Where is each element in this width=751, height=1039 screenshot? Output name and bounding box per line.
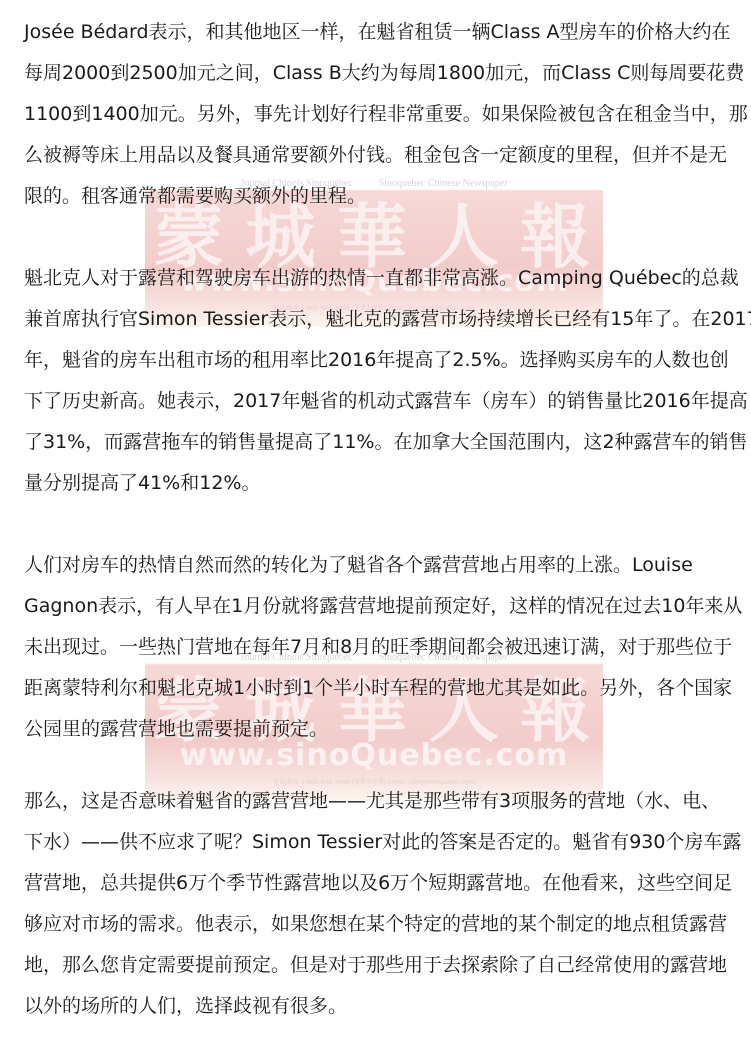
paragraph-campsite-occupancy: 人们对房车的热情自然而然的转化为了魁省各个露营营地占用率的上涨。Louise G… xyxy=(24,545,729,750)
text-line: 每周2000到2500加元之间，Class B大约为每周1800加元，而Clas… xyxy=(24,53,729,94)
text-line: 量分别提高了41%和12%。 xyxy=(24,463,729,504)
text-line: 了31%，而露营拖车的销售量提高了11%。在加拿大全国范围内，这2种露营车的销售 xyxy=(24,422,729,463)
text-line: 么被褥等床上用品以及餐具通常要额外付钱。租金包含一定额度的里程，但并不是无 xyxy=(24,135,729,176)
text-line: 1100到1400加元。另外，事先计划好行程非常重要。如果保险被包含在租金当中，… xyxy=(24,94,729,135)
text-line: 地，那么您肯定需要提前预定。但是对于那些用于去探索除了自己经常使用的露营地 xyxy=(24,945,729,986)
text-line: 魁北克人对于露营和驾驶房车出游的热情一直都非常高涨。Camping Québec… xyxy=(24,258,729,299)
text-line: 营营地，总共提供6万个季节性露营地以及6万个短期露营地。在他看来，这些空间足 xyxy=(24,863,729,904)
text-line: 兼首席执行官Simon Tessier表示，魁北克的露营市场持续增长已经有15年… xyxy=(24,299,729,340)
paragraph-rental-prices: Josée Bédard表示，和其他地区一样，在魁省租赁一辆Class A型房车… xyxy=(24,12,729,217)
text-line: 够应对市场的需求。他表示，如果您想在某个特定的营地的某个制定的地点租赁露营 xyxy=(24,904,729,945)
text-line: 以外的场所的人们，选择歧视有很多。 xyxy=(24,986,729,1027)
text-line: 年，魁省的房车出租市场的租用率比2016年提高了2.5%。选择购买房车的人数也创 xyxy=(24,340,729,381)
text-line: 限的。租客通常都需要购买额外的里程。 xyxy=(24,176,729,217)
text-line: 人们对房车的热情自然而然的转化为了魁省各个露营营地占用率的上涨。Louise xyxy=(24,545,729,586)
paragraph-supply-demand: 那么，这是否意味着魁省的露营营地——尤其是那些带有3项服务的营地（水、电、 下水… xyxy=(24,781,729,1027)
text-line: 未出现过。一些热门营地在每年7月和8月的旺季期间都会被迅速订满，对于那些位于 xyxy=(24,627,729,668)
text-line: 公园里的露营营地也需要提前预定。 xyxy=(24,709,729,750)
text-line: 下了历史新高。她表示，2017年魁省的机动式露营车（房车）的销售量比2016年提… xyxy=(24,381,729,422)
text-line: 距离蒙特利尔和魁北克城1小时到1个半小时车程的营地尤其是如此。另外，各个国家 xyxy=(24,668,729,709)
text-line: 下水）——供不应求了呢？Simon Tessier对此的答案是否定的。魁省有93… xyxy=(24,822,729,863)
text-line: Gagnon表示，有人早在1月份就将露营营地提前预定好，这样的情况在过去10年来… xyxy=(24,586,729,627)
text-line: Josée Bédard表示，和其他地区一样，在魁省租赁一辆Class A型房车… xyxy=(24,12,729,53)
paragraph-camping-growth: 魁北克人对于露营和驾驶房车出游的热情一直都非常高涨。Camping Québec… xyxy=(24,258,729,504)
text-line: 那么，这是否意味着魁省的露营营地——尤其是那些带有3项服务的营地（水、电、 xyxy=(24,781,729,822)
